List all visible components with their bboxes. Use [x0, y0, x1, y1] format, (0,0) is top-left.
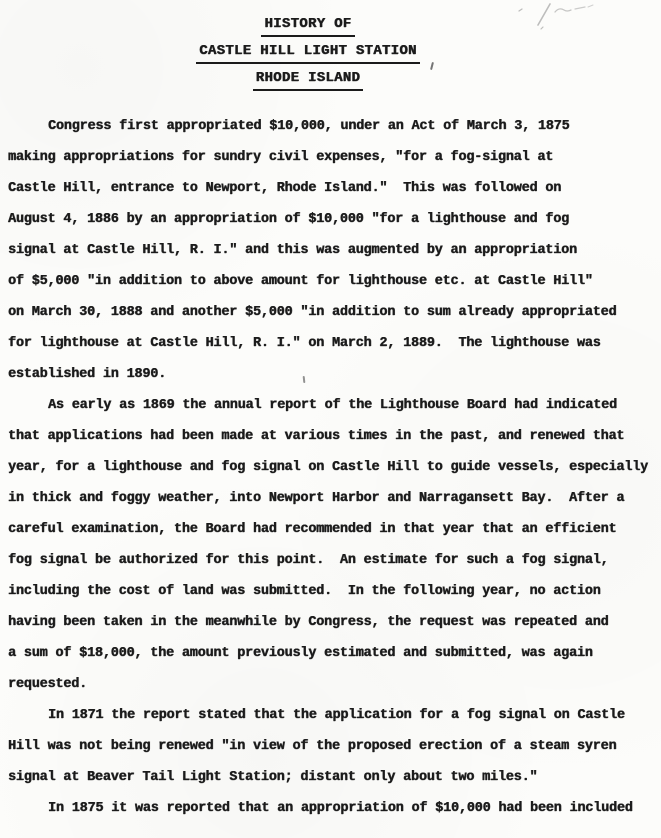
title-line-1: HISTORY OF	[0, 12, 616, 39]
text-line: As early as 1869 the annual report of th…	[8, 390, 656, 421]
document-header: HISTORY OF CASTLE HILL LIGHT STATION RHO…	[0, 12, 616, 93]
text-line: in thick and foggy weather, into Newport…	[8, 483, 656, 514]
text-line: In 1875 it was reported that an appropri…	[8, 793, 656, 824]
text-line: for lighthouse at Castle Hill, R. I." on…	[8, 328, 656, 359]
text-line: August 4, 1886 by an appropriation of $1…	[8, 204, 656, 235]
text-line: including the cost of land was submitted…	[8, 576, 656, 607]
text-line: fog signal be authorized for this point.…	[8, 545, 656, 576]
title-line-2: CASTLE HILL LIGHT STATION	[0, 39, 616, 66]
paragraph: Congress first appropriated $10,000, und…	[8, 111, 656, 390]
document-body: Congress first appropriated $10,000, und…	[8, 111, 656, 824]
text-line: of $5,000 "in addition to above amount f…	[8, 266, 656, 297]
text-line: careful examination, the Board had recom…	[8, 514, 656, 545]
document-page: HISTORY OF CASTLE HILL LIGHT STATION RHO…	[0, 0, 661, 838]
text-line: signal at Castle Hill, R. I." and this w…	[8, 235, 656, 266]
text-line: making appropriations for sundry civil e…	[8, 142, 656, 173]
page-subtitle-station: CASTLE HILL LIGHT STATION	[196, 40, 420, 64]
text-line: Congress first appropriated $10,000, und…	[8, 111, 656, 142]
text-line: Hill was not being renewed "in view of t…	[8, 731, 656, 762]
page-subtitle-state: RHODE ISLAND	[253, 67, 363, 91]
text-line: signal at Beaver Tail Light Station; dis…	[8, 762, 656, 793]
text-line: Castle Hill, entrance to Newport, Rhode …	[8, 173, 656, 204]
text-line: a sum of $18,000, the amount previously …	[8, 638, 656, 669]
title-line-3: RHODE ISLAND	[0, 66, 616, 93]
text-line: on March 30, 1888 and another $5,000 "in…	[8, 297, 656, 328]
paragraph: In 1871 the report stated that the appli…	[8, 700, 656, 793]
page-title: HISTORY OF	[261, 13, 354, 37]
paragraph: As early as 1869 the annual report of th…	[8, 390, 656, 700]
text-line: having been taken in the meanwhile by Co…	[8, 607, 656, 638]
paragraph: In 1875 it was reported that an appropri…	[8, 793, 656, 824]
text-line: established in 1890.	[8, 359, 656, 390]
text-line: year, for a lighthouse and fog signal on…	[8, 452, 656, 483]
text-line: that applications had been made at vario…	[8, 421, 656, 452]
text-line: In 1871 the report stated that the appli…	[8, 700, 656, 731]
text-line: requested.	[8, 669, 656, 700]
